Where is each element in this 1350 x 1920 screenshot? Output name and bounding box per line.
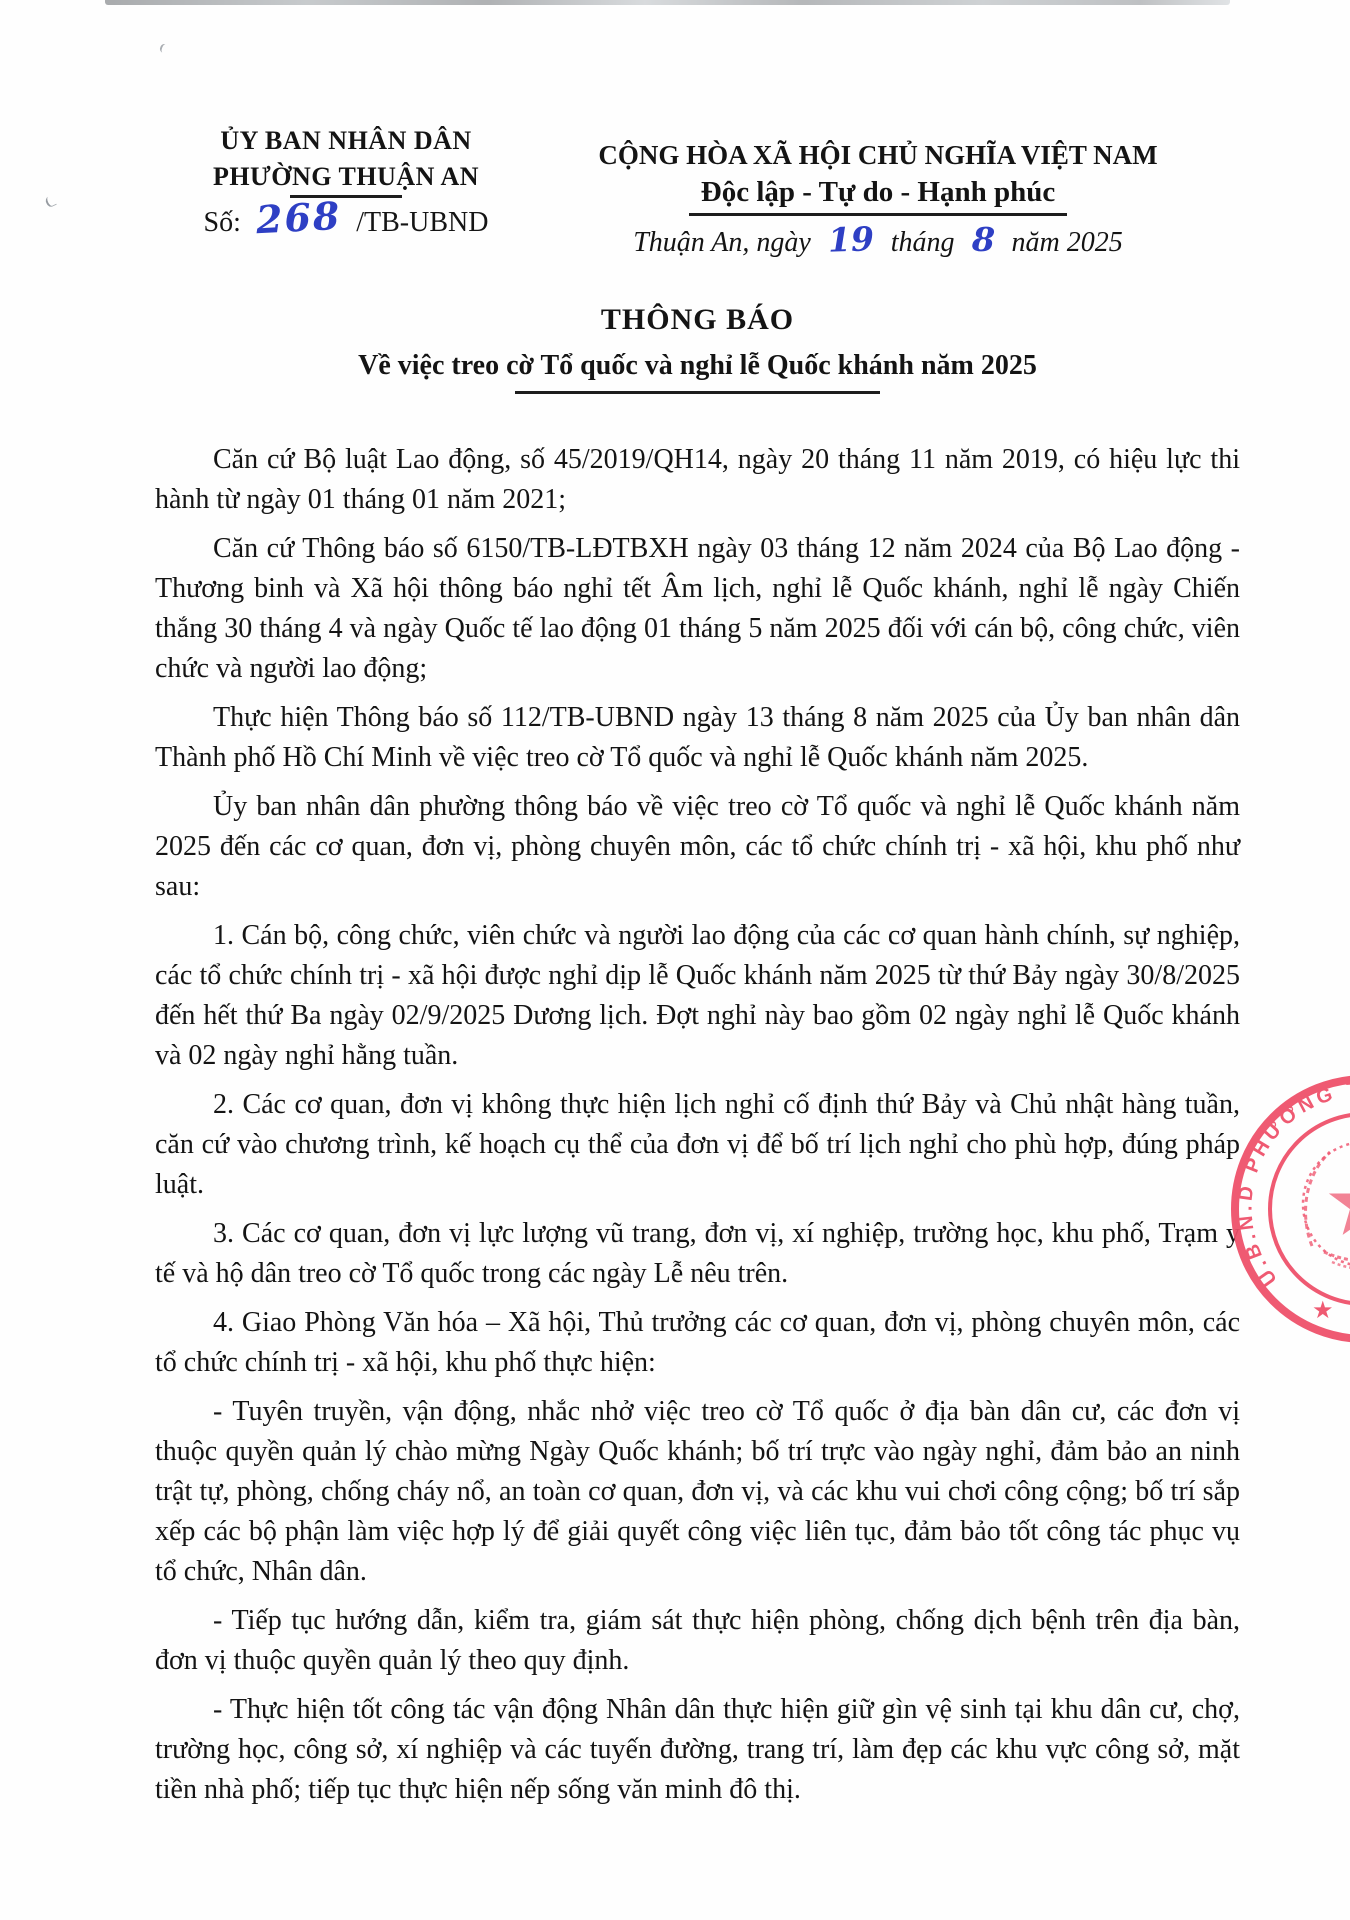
title-underline bbox=[515, 391, 880, 394]
seal-arc-text: U.B.N.D PHƯỜNG TH bbox=[1234, 1078, 1350, 1289]
paragraph-bullet-1: - Tuyên truyền, vận động, nhắc nhở việc … bbox=[155, 1392, 1240, 1592]
svg-text:U.B.N.D PHƯỜNG TH: U.B.N.D PHƯỜNG TH bbox=[1234, 1078, 1350, 1289]
handwritten-day: 19 bbox=[828, 239, 874, 241]
document-type-title: THÔNG BÁO bbox=[155, 303, 1240, 337]
official-seal-stamp: U.B.N.D PHƯỜNG TH ★ bbox=[1212, 1056, 1350, 1362]
paragraph-announcement-intro: Ủy ban nhân dân phường thông báo về việc… bbox=[155, 787, 1240, 907]
paragraph-legal-basis-1: Căn cứ Bộ luật Lao động, số 45/2019/QH14… bbox=[155, 440, 1240, 520]
paragraph-bullet-3: - Thực hiện tốt công tác vận động Nhân d… bbox=[155, 1690, 1240, 1810]
date-suffix: năm 2025 bbox=[1012, 227, 1123, 258]
document-title-block: THÔNG BÁO Về việc treo cờ Tổ quốc và ngh… bbox=[155, 303, 1240, 394]
handwritten-month: 8 bbox=[972, 240, 995, 241]
scan-edge-artifact bbox=[105, 0, 1230, 5]
motto-underline bbox=[689, 213, 1067, 216]
date-prefix: Thuận An, ngày bbox=[633, 227, 811, 258]
document-number-suffix: /TB-UBND bbox=[356, 207, 488, 238]
document-number-line: Số: 268 /TB-UBND bbox=[168, 207, 524, 239]
national-header-block: CỘNG HÒA XÃ HỘI CHỦ NGHĨA VIỆT NAM Độc l… bbox=[563, 140, 1193, 259]
emblem-star bbox=[1329, 1168, 1350, 1235]
national-title: CỘNG HÒA XÃ HỘI CHỦ NGHĨA VIỆT NAM bbox=[563, 140, 1193, 171]
paragraph-item-3: 3. Các cơ quan, đơn vị lực lượng vũ tran… bbox=[155, 1214, 1240, 1294]
handwritten-document-number: 268 bbox=[256, 216, 341, 220]
issuing-authority-block: ỦY BAN NHÂN DÂN PHƯỜNG THUẬN AN Số: 268 … bbox=[168, 126, 524, 239]
paragraph-legal-basis-3: Thực hiện Thông báo số 112/TB-UBND ngày … bbox=[155, 698, 1240, 778]
scan-speck bbox=[159, 43, 170, 54]
paragraph-item-1: 1. Cán bộ, công chức, viên chức và người… bbox=[155, 916, 1240, 1076]
authority-name-line2: PHƯỜNG THUẬN AN bbox=[168, 162, 524, 192]
paragraph-item-2: 2. Các cơ quan, đơn vị không thực hiện l… bbox=[155, 1085, 1240, 1205]
authority-name-line1: ỦY BAN NHÂN DÂN bbox=[168, 126, 524, 156]
document-body: Căn cứ Bộ luật Lao động, số 45/2019/QH14… bbox=[155, 440, 1240, 1819]
national-motto: Độc lập - Tự do - Hạnh phúc bbox=[563, 176, 1193, 209]
document-subject-title: Về việc treo cờ Tổ quốc và nghỉ lễ Quốc … bbox=[155, 350, 1240, 382]
paragraph-item-4: 4. Giao Phòng Văn hóa – Xã hội, Thủ trưở… bbox=[155, 1303, 1240, 1383]
document-number-prefix: Số: bbox=[204, 207, 241, 238]
date-mid: tháng bbox=[891, 227, 955, 258]
paragraph-legal-basis-2: Căn cứ Thông báo số 6150/TB-LĐTBXH ngày … bbox=[155, 529, 1240, 689]
seal-star-glyph: ★ bbox=[1312, 1298, 1334, 1324]
document-page: ỦY BAN NHÂN DÂN PHƯỜNG THUẬN AN Số: 268 … bbox=[0, 0, 1350, 1920]
paragraph-bullet-2: - Tiếp tục hướng dẫn, kiểm tra, giám sát… bbox=[155, 1601, 1240, 1681]
place-date-line: Thuận An, ngày 19 tháng 8 năm 2025 bbox=[563, 227, 1193, 259]
scan-speck bbox=[44, 195, 57, 209]
